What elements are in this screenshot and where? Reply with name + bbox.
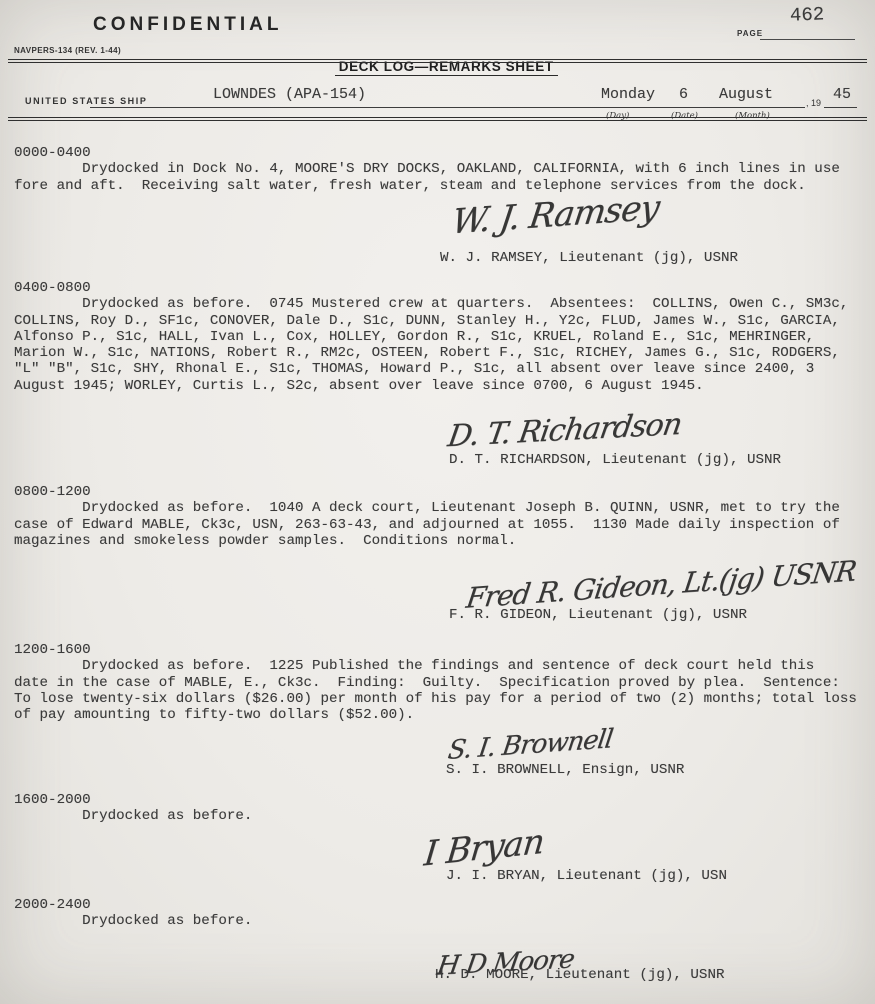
log-entry-line: "L" "B", S1c, SHY, Rhonal E., S1c, THOMA… xyxy=(0,361,875,377)
watch-period-heading: 0800-1200 xyxy=(0,484,875,500)
ship-label: UNITED STATES SHIP xyxy=(25,96,147,106)
watch-period-heading: 0400-0800 xyxy=(0,280,875,296)
date-date-value: 6 xyxy=(679,86,688,103)
year-prefix: , 19 xyxy=(806,98,821,108)
watch-period-heading: 1200-1600 xyxy=(0,642,875,658)
log-entry-line: magazines and smokeless powder samples. … xyxy=(0,533,875,549)
date-day-value: Monday xyxy=(601,86,655,103)
watch-section-2000-2400: 2000-2400 Drydocked as before.H D MooreH… xyxy=(0,897,875,930)
watch-section-1600-2000: 1600-2000 Drydocked as before.I BryanJ. … xyxy=(0,792,875,825)
log-entry-line: Drydocked as before. xyxy=(0,913,875,929)
signature-typed: F. R. GIDEON, Lieutenant (jg), USNR xyxy=(449,607,747,623)
watch-period-heading: 0000-0400 xyxy=(0,145,875,161)
year-blank-line xyxy=(824,107,857,108)
signature-typed: H. D. MOORE, Lieutenant (jg), USNR xyxy=(435,967,724,983)
date-month-value: August xyxy=(719,86,773,103)
signature-handwritten: W. J. Ramsey xyxy=(449,188,661,243)
header-top-rule xyxy=(8,59,867,63)
watch-section-1200-1600: 1200-1600 Drydocked as before. 1225 Publ… xyxy=(0,642,875,723)
ship-name: LOWNDES (APA-154) xyxy=(213,86,366,103)
page-number-handwritten: 462 xyxy=(790,3,825,26)
watch-section-0000-0400: 0000-0400 Drydocked in Dock No. 4, MOORE… xyxy=(0,145,875,194)
signature-typed: D. T. RICHARDSON, Lieutenant (jg), USNR xyxy=(449,452,781,468)
log-entry-line: Drydocked in Dock No. 4, MOORE'S DRY DOC… xyxy=(0,161,875,177)
log-entry-line: Drydocked as before. 1040 A deck court, … xyxy=(0,500,875,516)
log-entry-line: case of Edward MABLE, Ck3c, USN, 263-63-… xyxy=(0,517,875,533)
page-number-blank-line xyxy=(760,39,855,40)
log-entry-line: August 1945; WORLEY, Curtis L., S2c, abs… xyxy=(0,378,875,394)
log-entry-line: Drydocked as before. 1225 Published the … xyxy=(0,658,875,674)
watch-section-0400-0800: 0400-0800 Drydocked as before. 0745 Must… xyxy=(0,280,875,394)
log-entry-line: date in the case of MABLE, E., Ck3c. Fin… xyxy=(0,675,875,691)
log-entry-line: COLLINS, Roy D., SF1c, CONOVER, Dale D.,… xyxy=(0,313,875,329)
log-entry-line: of pay amounting to fifty-two dollars ($… xyxy=(0,707,875,723)
log-entry-line: Drydocked as before. xyxy=(0,808,875,824)
log-entry-line: Alfonso P., S1c, HALL, Ivan L., Cox, HOL… xyxy=(0,329,875,345)
watch-period-heading: 2000-2400 xyxy=(0,897,875,913)
watch-period-heading: 1600-2000 xyxy=(0,792,875,808)
signature-handwritten: I Bryan xyxy=(422,821,545,874)
sheet-title: DECK LOG—REMARKS SHEET xyxy=(0,44,875,89)
page-label: PAGE xyxy=(737,29,763,38)
watch-section-0800-1200: 0800-1200 Drydocked as before. 1040 A de… xyxy=(0,484,875,549)
header-bottom-rule xyxy=(8,117,867,121)
signature-handwritten: Fred R. Gideon, Lt.(jg) USNR xyxy=(464,554,858,615)
signature-typed: J. I. BRYAN, Lieutenant (jg), USN xyxy=(446,868,727,884)
classification-stamp: CONFIDENTIAL xyxy=(93,14,282,36)
log-entry-line: To lose twenty-six dollars ($26.00) per … xyxy=(0,691,875,707)
signature-typed: S. I. BROWNELL, Ensign, USNR xyxy=(446,762,684,778)
log-entry-line: Drydocked as before. 0745 Mustered crew … xyxy=(0,296,875,312)
signature-typed: W. J. RAMSEY, Lieutenant (jg), USNR xyxy=(440,250,738,266)
ship-name-blank-line xyxy=(90,107,596,108)
date-blank-line xyxy=(592,107,805,108)
signature-handwritten: S. I. Brownell xyxy=(446,724,614,766)
signature-handwritten: D. T. Richardson xyxy=(445,407,684,455)
log-entry-line: fore and aft. Receiving salt water, fres… xyxy=(0,178,875,194)
deck-log-page: CONFIDENTIAL 462 PAGE NAVPERS-134 (REV. … xyxy=(0,0,875,1004)
log-entry-line: Marion W., S1c, NATIONS, Robert R., RM2c… xyxy=(0,345,875,361)
date-year-value: 45 xyxy=(833,86,851,103)
